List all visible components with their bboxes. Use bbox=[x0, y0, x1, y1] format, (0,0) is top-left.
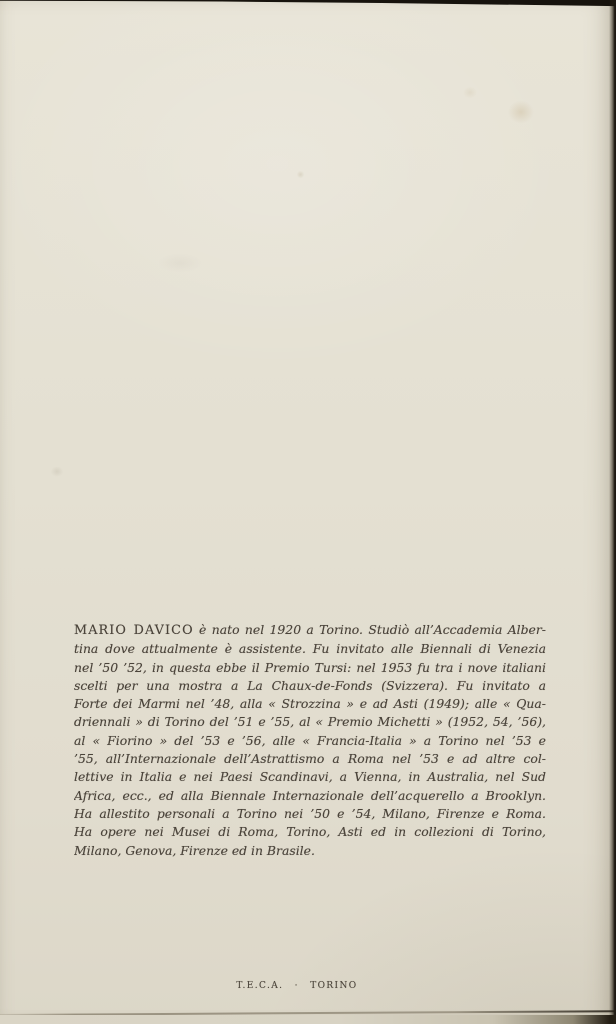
artist-name: MARIO DAVICO bbox=[74, 623, 194, 638]
paper-stain bbox=[295, 169, 306, 180]
scan-edge-top bbox=[0, 0, 616, 7]
bio-line: MARIO DAVICO è nato nel 1920 a Torino. S… bbox=[74, 621, 546, 640]
paper-stain bbox=[48, 464, 66, 479]
bio-line: Ha opere nei Musei di Roma, Torino, Asti… bbox=[74, 823, 546, 841]
scan-edge-bottom bbox=[0, 1015, 616, 1024]
bio-line: Ha allestito personali a Torino nei ’50 … bbox=[74, 805, 546, 823]
bio-line: driennali » di Torino del ’51 e ’55, al … bbox=[74, 713, 546, 731]
bio-line-text: è nato nel 1920 a Torino. Studiò all’Acc… bbox=[199, 622, 546, 637]
bio-line: Africa, ecc., ed alla Biennale Internazi… bbox=[74, 787, 546, 805]
artist-biography: MARIO DAVICO è nato nel 1920 a Torino. S… bbox=[74, 621, 546, 860]
bio-line: tina dove attualmente è assistente. Fu i… bbox=[74, 640, 546, 658]
bio-line: nel ’50 ’52, in questa ebbe il Premio Tu… bbox=[74, 659, 546, 677]
bio-line: Forte dei Marmi nel ’48, alla « Strozzin… bbox=[74, 695, 546, 713]
publisher-city: TORINO bbox=[310, 981, 357, 991]
imprint-footer: T.E.C.A. · TORINO bbox=[0, 981, 605, 991]
bio-line: scelti per una mostra a La Chaux-de-Fond… bbox=[74, 677, 546, 695]
separator-dot: · bbox=[295, 981, 299, 991]
bio-line: al « Fiorino » del ’53 e ’56, alle « Fra… bbox=[74, 732, 546, 750]
paper-stain bbox=[503, 96, 539, 128]
publisher-name: T.E.C.A. bbox=[236, 981, 283, 991]
catalog-page: MARIO DAVICO è nato nel 1920 a Torino. S… bbox=[0, 0, 616, 1024]
bio-line: ’55, all’Internazionale dell’Astrattismo… bbox=[74, 750, 546, 768]
bio-line: Milano, Genova, Firenze ed in Brasile. bbox=[74, 842, 546, 860]
paper-stain bbox=[460, 84, 480, 101]
scan-edge-right bbox=[609, 0, 616, 1024]
paper-stain bbox=[150, 250, 210, 276]
bio-line: lettive in Italia e nei Paesi Scandinavi… bbox=[74, 768, 546, 786]
